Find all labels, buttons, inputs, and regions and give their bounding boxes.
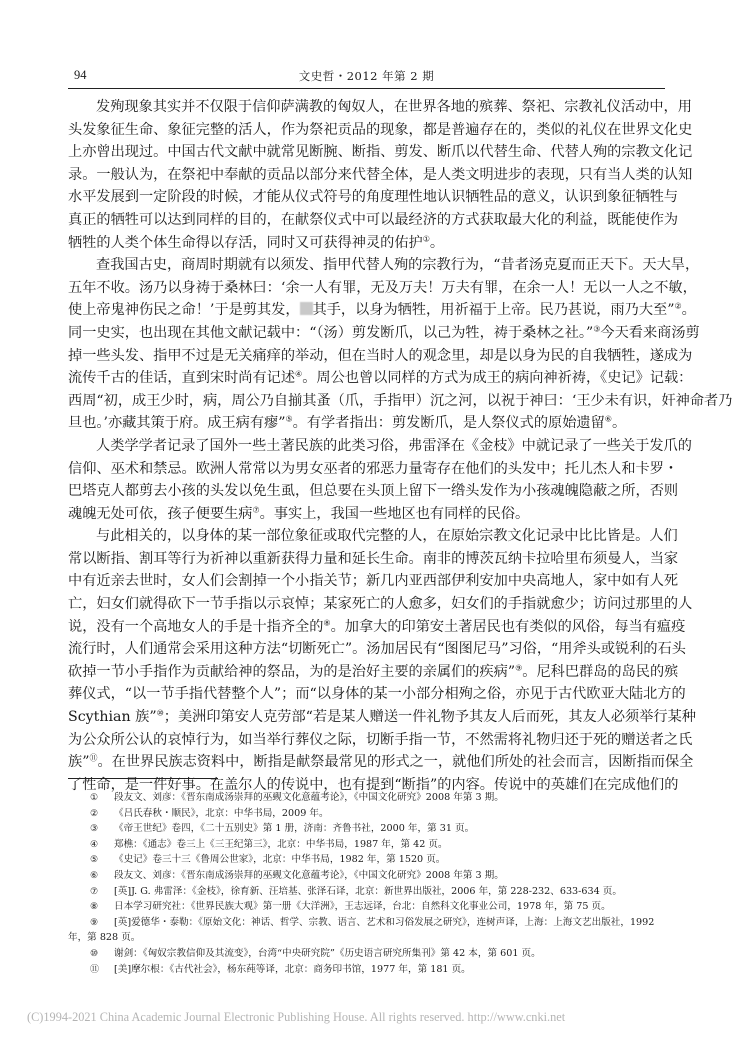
line-text: 常以断指、割耳等行为祈神以重新获得力量和延长生命。南非的博茨瓦纳卡拉哈里布须曼人…: [68, 551, 678, 567]
footnote: ⑥段友文、刘彦：《晋东南成汤崇拜的巫觋文化意蕴考论》，《中国文化研究》2008 …: [68, 868, 665, 884]
copyright-notice: (C)1994-2021 China Academic Journal Elec…: [27, 1010, 565, 1025]
line-text: 人类学学者记录了国外一些土著民族的此类习俗，弗雷泽在《金枝》中就记录了一些关于发…: [96, 438, 692, 454]
footnote: ⑤《史记》卷三十三《鲁周公世家》，北京：中华书局，1982 年，第 1520 页…: [68, 852, 665, 868]
line-text: 头发象征生命、象征完整的活人，作为祭祀贡品的现象，都是普遍存在的，类似的礼仪在世…: [68, 122, 692, 138]
line-text: 。: [682, 302, 696, 318]
text-line: 查我国古史，商周时期就有以须发、指甲代替人殉的宗教行为，“昔者汤克夏而正天下。天…: [68, 254, 665, 277]
text-line: 人类学学者记录了国外一些土著民族的此类习俗，弗雷泽在《金枝》中就记录了一些关于发…: [68, 435, 665, 458]
line-text: Scythian 族”: [68, 709, 157, 725]
text-line: 西周“初，成王少时，病，周公乃自揃其蚤（爪，手指甲）沉之河，以祝于神曰：‘王少未…: [68, 390, 665, 413]
footnote: ③《帝王世纪》卷四，《二十五别史》第 1 册，济南：齐鲁书社，2000 年，第 …: [68, 821, 665, 837]
footnote-marker: ⑥: [90, 869, 104, 885]
footnote: ④郑樵：《通志》卷三上《三王纪第三》，北京：中华书局，1987 年，第 42 页…: [68, 837, 665, 853]
line-text: 水平发展到一定阶段的时候，才能从仪式符号的角度理性地认识牺牲品的意义，认识到象征…: [68, 189, 678, 205]
line-text: 亡，妇女们就得砍下一节手指以示哀悼；某家死亡的人愈多，妇女们的手指就愈少；访问过…: [68, 596, 692, 612]
footnote-ref: ⑦: [252, 505, 259, 514]
line-text: 葬仪式，“以一节手指代替整个人”；而“以身体的某一小部分相殉之俗，亦见于古代欧亚…: [68, 686, 686, 702]
footnote-marker: ⑤: [90, 853, 104, 869]
text-line: 头发象征生命、象征完整的活人，作为祭祀贡品的现象，都是普遍存在的，类似的礼仪在世…: [68, 119, 665, 142]
text-line: 真正的牺牲可以达到同样的目的，在献祭仪式中可以最经济的方式获取最大化的利益，既能…: [68, 209, 665, 232]
line-text: 旦也。’亦藏其策于府。成王病有瘳”: [68, 415, 285, 431]
line-text: 其手，以身为牺牲，用祈福于上帝。民乃甚说，雨乃大至”: [313, 302, 675, 318]
text-line: 旦也。’亦藏其策于府。成王病有瘳”⑤。有学者指出：剪发断爪，是人祭仪式的原始遗留…: [68, 412, 665, 435]
footnote-text: 《帝王世纪》卷四，《二十五别史》第 1 册，济南：齐鲁书社，2000 年，第 3…: [114, 823, 474, 834]
line-text: 上亦曾出现过。中国古代文献中就常见断腕、断指、剪发、断爪以代替生命、代替人殉的宗…: [68, 144, 692, 160]
footnote-continuation: 年，第 828 页。: [68, 930, 665, 946]
footnote-text: 郑樵：《通志》卷三上《三王纪第三》，北京：中华书局，1987 年，第 42 页。: [114, 839, 448, 850]
text-line: 魂魄无处可依，孩子便要生病⑦。事实上，我国一些地区也有同样的民俗。: [68, 503, 665, 526]
text-line: 录。一般认为，在祭祀中奉献的贡品以部分来代替全体，是人类文明进步的表现，只有当人…: [68, 164, 665, 187]
text-line: 说，没有一个高地女人的手是十指齐全的⑧。加拿大的印第安土著居民也有类似的风俗，每…: [68, 616, 665, 639]
text-line: 牺牲的人类个体生命得以存活，同时又可获得神灵的佑护①。: [68, 232, 665, 255]
footnote-text: 日本学习研究社：《世界民族大观》第一册《大洋洲》，王志远译，台北：自然科文化事业…: [114, 901, 611, 912]
line-text: 同一史实，也出现在其他文献记载中：“（汤）剪发断爪，以己为牲，祷于桑林之社。”: [68, 325, 593, 341]
line-text: 今天看来商汤剪: [600, 325, 699, 341]
text-line: Scythian 族”⑩；美洲印第安人克劳部“若是某人赠送一件礼物予其友人后而死…: [68, 706, 665, 729]
line-text: 魂魄无处可依，孩子便要生病: [68, 506, 252, 522]
line-text: 。有学者指出：剪发断爪，是人祭仪式的原始遗留: [293, 415, 605, 431]
line-text: 发殉现象其实并不仅限于信仰萨满教的匈奴人，在世界各地的殡葬、祭祀、宗教礼仪活动中…: [96, 99, 692, 115]
footnote-ref: ⑤: [285, 415, 292, 424]
text-line: 葬仪式，“以一节手指代替整个人”；而“以身体的某一小部分相殉之俗，亦见于古代欧亚…: [68, 683, 665, 706]
text-line: 发殉现象其实并不仅限于信仰萨满教的匈奴人，在世界各地的殡葬、祭祀、宗教礼仪活动中…: [68, 96, 665, 119]
line-text: 牺牲的人类个体生命得以存活，同时又可获得神灵的佑护: [68, 235, 423, 251]
line-text: 。加拿大的印第安土著居民也有类似的风俗，每当有瘟疫: [331, 619, 686, 635]
text-line: 掉一些头发、指甲不过是无关痛痒的举动，但在当时人的观念里，却是以身为民的自我牺牲…: [68, 345, 665, 368]
line-text: 掉一些头发、指甲不过是无关痛痒的举动，但在当时人的观念里，却是以身为民的自我牺牲…: [68, 348, 692, 364]
line-text: 为公众所公认的哀悼行为，如当举行葬仪之际，切断手指一节，不然需将礼物归还于死的赠…: [68, 732, 692, 748]
line-text: 真正的牺牲可以达到同样的目的，在献祭仪式中可以最经济的方式获取最大化的利益，既能…: [68, 212, 678, 228]
line-text: 与此相关的，以身体的某一部位象征或取代完整的人，在原始宗教文化记录中比比皆是。人…: [96, 528, 678, 544]
footnote-text: [英]J. G. 弗雷泽：《金枝》，徐育新、汪培基、张泽石译，北京：新世界出版社…: [114, 886, 622, 897]
line-text: 查我国古史，商周时期就有以须发、指甲代替人殉的宗教行为，“昔者汤克夏而正天下。天…: [96, 257, 699, 273]
footnote-marker: ⑩: [90, 947, 104, 963]
text-line: 水平发展到一定阶段的时候，才能从仪式符号的角度理性地认识牺牲品的意义，认识到象征…: [68, 186, 665, 209]
footnote-ref: ⑧: [323, 618, 330, 627]
line-text: 。: [430, 235, 444, 251]
text-line: 上亦曾出现过。中国古代文献中就常见断腕、断指、剪发、断爪以代替生命、代替人殉的宗…: [68, 141, 665, 164]
line-text: 西周“初，成王少时，病，周公乃自揃其蚤（爪，手指甲）沉之河，以祝于神曰：‘王少未…: [68, 393, 732, 409]
footnote-ref: ①: [423, 234, 430, 243]
footnote: ⑩谢剑：《匈奴宗教信仰及其流变》，台湾“中央研究院”《历史语言研究所集刊》第 4…: [68, 946, 665, 962]
line-text: 中有近亲去世时，女人们会割掉一个小指关节；新几内亚西部伊利安加中央高地人，家中如…: [68, 573, 678, 589]
footnotes: ①段友文、刘彦：《晋东南成汤崇拜的巫觋文化意蕴考论》，《中国文化研究》2008 …: [68, 790, 665, 977]
footnote-ref: ⑥: [605, 415, 612, 424]
footnote-text: [英]爱德华・泰勒：《原始文化：神话、哲学、宗教、语言、艺术和习俗发展之研究》，…: [114, 917, 654, 928]
journal-title: 文史哲・2012 年第 2 期: [68, 68, 665, 84]
text-line: 常以断指、割耳等行为祈神以重新获得力量和延长生命。南非的博茨瓦纳卡拉哈里布须曼人…: [68, 548, 665, 571]
footnote-marker: ⑦: [90, 885, 104, 901]
footnote: ⑪[美]摩尔根：《古代社会》，杨东莼等译，北京：商务印书馆，1977 年，第 1…: [68, 962, 665, 978]
line-text: 族”: [68, 754, 89, 770]
line-text: 。: [612, 415, 626, 431]
text-line: 五年不收。汤乃以身祷于桑林曰：‘余一人有罪，无及万夫！万夫有罪，在余一人！无以一…: [68, 277, 665, 300]
footnote: ⑦[英]J. G. 弗雷泽：《金枝》，徐育新、汪培基、张泽石译，北京：新世界出版…: [68, 884, 665, 900]
line-text: 。在世界民族志资料中，断指是献祭最常见的形式之一，就他们所处的社会而言，因断指而…: [97, 754, 693, 770]
line-text: 。尼科巴群岛的岛民的殡: [522, 664, 678, 680]
footnote: ⑧日本学习研究社：《世界民族大观》第一册《大洋洲》，王志远译，台北：自然科文化事…: [68, 899, 665, 915]
footnote-ref: ②: [674, 302, 681, 311]
line-text: 流传千古的佳话，直到宋时尚有记述: [68, 370, 295, 386]
text-line: 信仰、巫术和禁忌。欧洲人常常以为男女巫者的邪恶力量寄存在他们的头发中；托儿杰人和…: [68, 458, 665, 481]
line-text: 流行时，人们通常会采用这种方法“切断死亡”。汤加居民有“图图尼马”习俗，“用斧头…: [68, 641, 686, 657]
footnote-text: 段友文、刘彦：《晋东南成汤崇拜的巫觋文化意蕴考论》，《中国文化研究》2008 年…: [114, 792, 504, 803]
text-line: 巴塔克人都剪去小孩的头发以免生虱，但总要在头顶上留下一绺头发作为小孩魂魄隐蔽之所…: [68, 480, 665, 503]
illegible-glyph: [300, 302, 313, 315]
line-text: 巴塔克人都剪去小孩的头发以免生虱，但总要在头顶上留下一绺头发作为小孩魂魄隐蔽之所…: [68, 483, 678, 499]
text-line: 亡，妇女们就得砍下一节手指以示哀悼；某家死亡的人愈多，妇女们的手指就愈少；访问过…: [68, 593, 665, 616]
footnote-marker: ②: [90, 807, 104, 823]
text-line: 族”⑪。在世界民族志资料中，断指是献祭最常见的形式之一，就他们所处的社会而言，因…: [68, 751, 665, 774]
text-line: 流行时，人们通常会采用这种方法“切断死亡”。汤加居民有“图图尼马”习俗，“用斧头…: [68, 638, 665, 661]
footnote-text: 《吕氏春秋・顺民》，北京：中华书局，2009 年。: [114, 808, 329, 819]
line-text: 录。一般认为，在祭祀中奉献的贡品以部分来代替全体，是人类文明进步的表现，只有当人…: [68, 167, 692, 183]
footnote-text: [美]摩尔根：《古代社会》，杨东莼等译，北京：商务印书馆，1977 年，第 18…: [114, 964, 471, 975]
footnote-divider: [68, 778, 218, 779]
line-text: 信仰、巫术和禁忌。欧洲人常常以为男女巫者的邪恶力量寄存在他们的头发中；托儿杰人和…: [68, 461, 678, 477]
line-text: 。周公也曾以同样的方式为成王的病向神祈祷，《史记》记载：: [302, 370, 692, 386]
text-line: 与此相关的，以身体的某一部位象征或取代完整的人，在原始宗教文化记录中比比皆是。人…: [68, 525, 665, 548]
footnote: ②《吕氏春秋・顺民》，北京：中华书局，2009 年。: [68, 806, 665, 822]
footnote-text: 《史记》卷三十三《鲁周公世家》，北京：中华书局，1982 年，第 1520 页。: [114, 854, 445, 865]
footnote-text: 段友文、刘彦：《晋东南成汤崇拜的巫觋文化意蕴考论》，《中国文化研究》2008 年…: [114, 870, 504, 881]
line-text: 。事实上，我国一些地区也有同样的民俗。: [260, 506, 530, 522]
text-line: 为公众所公认的哀悼行为，如当举行葬仪之际，切断手指一节，不然需将礼物归还于死的赠…: [68, 729, 665, 752]
text-line: 中有近亲去世时，女人们会割掉一个小指关节；新几内亚西部伊利安加中央高地人，家中如…: [68, 570, 665, 593]
footnote-marker: ⑨: [90, 916, 104, 932]
footnote-marker: ④: [90, 838, 104, 854]
body-text: 发殉现象其实并不仅限于信仰萨满教的匈奴人，在世界各地的殡葬、祭祀、宗教礼仪活动中…: [68, 96, 665, 796]
footnote-marker: ⑧: [90, 900, 104, 916]
footnote-ref: ⑩: [157, 708, 164, 717]
line-text: 使上帝鬼神伤民之命！’于是剪其发，: [68, 302, 300, 318]
text-line: 砍掉一节小手指作为贡献给神的祭品，为的是治好主要的亲属们的疾病”⑨。尼科巴群岛的…: [68, 661, 665, 684]
running-header: 94 文史哲・2012 年第 2 期: [68, 66, 665, 89]
text-line: 使上帝鬼神伤民之命！’于是剪其发，其手，以身为牺牲，用祈福于上帝。民乃甚说，雨乃…: [68, 299, 665, 322]
footnote: ⑨[英]爱德华・泰勒：《原始文化：神话、哲学、宗教、语言、艺术和习俗发展之研究》…: [68, 915, 665, 931]
text-line: 同一史实，也出现在其他文献记载中：“（汤）剪发断爪，以己为牲，祷于桑林之社。”③…: [68, 322, 665, 345]
footnote-marker: ①: [90, 791, 104, 807]
text-line: 流传千古的佳话，直到宋时尚有记述④。周公也曾以同样的方式为成王的病向神祈祷，《史…: [68, 367, 665, 390]
footnote-marker: ⑪: [90, 963, 104, 979]
line-text: 五年不收。汤乃以身祷于桑林曰：‘余一人有罪，无及万夫！万夫有罪，在余一人！无以一…: [68, 280, 697, 296]
line-text: ；美洲印第安人克劳部“若是某人赠送一件礼物予其友人后而死，其友人必须举行某种: [164, 709, 696, 725]
footnote-text: 谢剑：《匈奴宗教信仰及其流变》，台湾“中央研究院”《历史语言研究所集刊》第 42…: [114, 948, 541, 959]
line-text: 砍掉一节小手指作为贡献给神的祭品，为的是治好主要的亲属们的疾病”: [68, 664, 515, 680]
footnote: ①段友文、刘彦：《晋东南成汤崇拜的巫觋文化意蕴考论》，《中国文化研究》2008 …: [68, 790, 665, 806]
line-text: 说，没有一个高地女人的手是十指齐全的: [68, 619, 323, 635]
footnote-marker: ③: [90, 822, 104, 838]
